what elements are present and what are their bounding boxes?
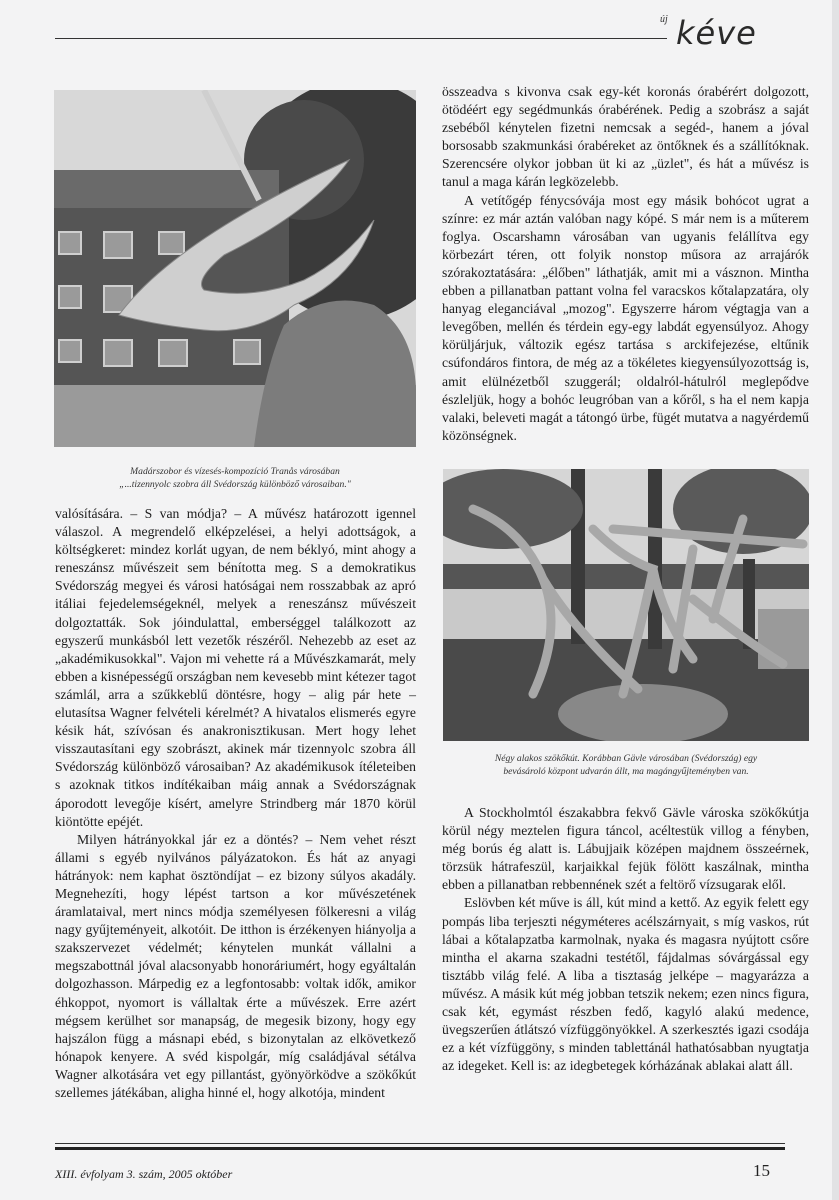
- footer-rule: [55, 1143, 785, 1144]
- figure-caption: Négy alakos szökőkút. Korábban Gävle vár…: [443, 753, 809, 778]
- article-column-left: valósítására. – S van módja? – A művész …: [55, 505, 416, 1102]
- paragraph: Eslövben két műve is áll, kút mind a ket…: [442, 894, 809, 1075]
- paragraph: A vetítőgép fénycsóvája most egy másik b…: [442, 192, 809, 445]
- paragraph: valósítására. – S van módja? – A művész …: [55, 505, 416, 831]
- caption-line: Madárszobor és vízesés-kompozíció Tranås…: [54, 466, 416, 479]
- figure-caption: Madárszobor és vízesés-kompozíció Tranås…: [54, 466, 416, 491]
- paragraph: A Stockholmtól északabbra fekvő Gävle vá…: [442, 804, 809, 894]
- paragraph: Milyen hátrányokkal jár ez a döntés? – N…: [55, 831, 416, 1102]
- dancers-fountain-photo: [443, 469, 809, 741]
- article-column-right-top: összeadva s kivonva csak egy-két koronás…: [442, 83, 809, 445]
- page-edge: [832, 0, 839, 1200]
- dancers-fountain-image: [443, 469, 809, 741]
- caption-line: „...tizennyolc szobra áll Svédország kül…: [54, 479, 416, 492]
- logo-superscript: új: [660, 14, 668, 25]
- header-rule: [55, 38, 667, 39]
- bird-sculpture-image: [54, 90, 416, 447]
- caption-line: bevásároló központ udvarán állt, ma magá…: [443, 766, 809, 779]
- article-column-right-bottom: A Stockholmtól északabbra fekvő Gävle vá…: [442, 804, 809, 1075]
- caption-line: Négy alakos szökőkút. Korábban Gävle vár…: [443, 753, 809, 766]
- paragraph: összeadva s kivonva csak egy-két koronás…: [442, 83, 809, 192]
- page-number: 15: [753, 1161, 770, 1181]
- issue-info: XIII. évfolyam 3. szám, 2005 október: [55, 1167, 232, 1182]
- bird-sculpture-photo: [54, 90, 416, 447]
- magazine-logo: kéve: [676, 14, 757, 52]
- footer-rule-thick: [55, 1147, 785, 1150]
